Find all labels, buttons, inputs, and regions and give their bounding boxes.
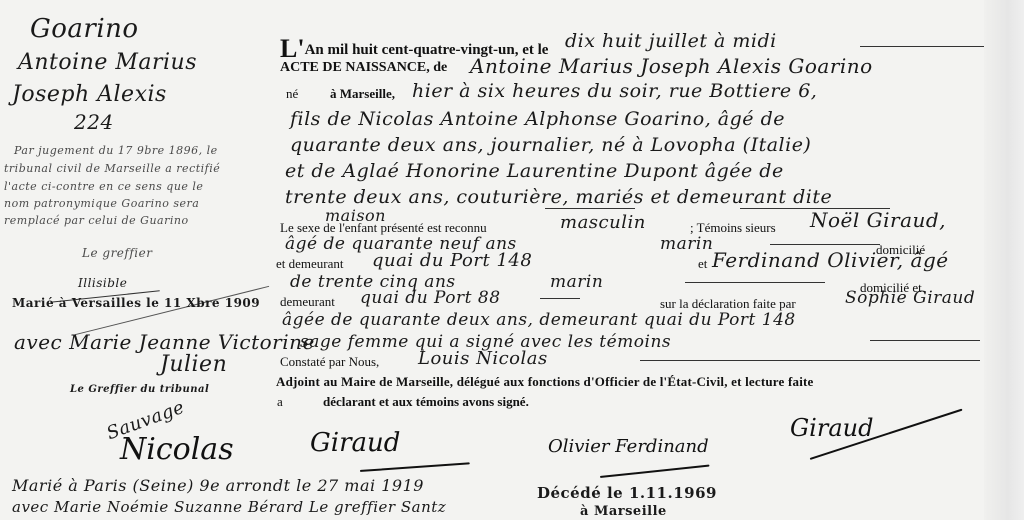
witness-2-address: quai du Port 88	[360, 288, 501, 308]
margin-act-number: 224	[74, 110, 114, 134]
signature-flourish	[600, 465, 710, 478]
line-rule	[870, 340, 980, 341]
death-note-line2: à Marseille	[580, 504, 667, 519]
margin-given-names-2: Joseph Alexis	[12, 82, 167, 107]
signature-olivier: Olivier Ferdinand	[548, 436, 709, 457]
rectification-line: remplacé par celui de Guarino	[4, 214, 189, 227]
torn-page-edge	[984, 0, 1024, 520]
death-note-line1: Décédé le 1.11.1969	[537, 484, 717, 502]
witness-2-occupation: marin	[550, 272, 603, 292]
mother-details: trente deux ans, couturière, mariés et d…	[285, 186, 832, 208]
mother-name: et de Aglaé Honorine Laurentine Dupont â…	[285, 160, 784, 182]
line-rule	[545, 208, 635, 209]
constate-label: Constaté par Nous,	[280, 354, 379, 370]
father-name: fils de Nicolas Antoine Alphonse Goarino…	[290, 108, 785, 130]
line-rule	[685, 282, 825, 283]
signature-giraud-2: Giraud	[790, 414, 873, 442]
sexe-value: masculin	[560, 212, 646, 233]
witness-2-name: Ferdinand Olivier, âgé	[712, 248, 949, 272]
birth-certificate-page: Goarino Antoine Marius Joseph Alexis 224…	[0, 0, 1010, 520]
rectification-line: Par jugement du 17 9bre 1896, le	[14, 144, 218, 157]
adjoint-statement: Adjoint au Maire de Marseille, délégué a…	[276, 374, 814, 390]
signature-giraud-1: Giraud	[310, 428, 400, 458]
margin-surname: Goarino	[30, 14, 139, 44]
acte-de-naissance-label: ACTE DE NAISSANCE, de	[280, 60, 447, 76]
et-label: et	[698, 256, 707, 272]
child-full-name: Antoine Marius Joseph Alexis Goarino	[470, 54, 873, 78]
signature-nicolas: Nicolas	[120, 432, 234, 467]
demeurant-label: et demeurant	[276, 256, 344, 272]
marriage-note-2-line2: avec Marie Noémie Suzanne Bérard Le gref…	[12, 498, 446, 516]
demeurant-label-2: demeurant	[280, 294, 335, 310]
declarant-details: âgée de quarante deux ans, demeurant qua…	[282, 310, 796, 330]
witness-1-occupation: marin	[660, 234, 713, 254]
signed-statement: déclarant et aux témoins avons signé.	[323, 394, 529, 410]
birth-date-handwritten: dix huit juillet à midi	[565, 30, 777, 52]
father-details: quarante deux ans, journalier, né à Lovo…	[290, 134, 811, 156]
rectification-line: l'acte ci-contre en ce sens que le	[4, 180, 203, 193]
marriage-note-bracket	[75, 286, 269, 335]
line-rule	[860, 46, 990, 47]
marriage-note-1-line2: avec Marie Jeanne Victorine	[14, 330, 315, 354]
officer-name: Louis Nicolas	[418, 348, 548, 369]
ne-label: né	[286, 86, 298, 102]
witness-1-address: quai du Port 148	[372, 250, 532, 271]
rectification-line: nom patronymique Goarino sera	[4, 197, 199, 210]
marriage-note-1-line4: Le Greffier du tribunal	[70, 384, 209, 395]
rectification-line: tribunal civil de Marseille a rectifié	[4, 162, 220, 175]
a-label: a	[277, 394, 283, 410]
margin-greffier-signature: Illisible	[78, 276, 127, 290]
marriage-note-1-line1: Marié à Versailles le 11 Xbre 1909	[12, 296, 260, 310]
line-rule	[770, 244, 880, 245]
line-rule	[540, 298, 580, 299]
drop-cap: L'	[280, 34, 305, 63]
declarant-name: Sophie Giraud	[845, 288, 975, 308]
marseille-label: à Marseille,	[330, 86, 395, 102]
line-rule	[640, 360, 980, 361]
marriage-note-2-line1: Marié à Paris (Seine) 9e arrondt le 27 m…	[12, 476, 424, 495]
margin-greffier-label: Le greffier	[82, 246, 152, 260]
marriage-note-1-line3: Julien	[160, 352, 227, 377]
birth-time-place: hier à six heures du soir, rue Bottiere …	[412, 80, 817, 102]
witness-1-name: Noël Giraud,	[810, 208, 946, 232]
signature-flourish	[360, 462, 470, 472]
margin-given-names-1: Antoine Marius	[18, 50, 197, 75]
